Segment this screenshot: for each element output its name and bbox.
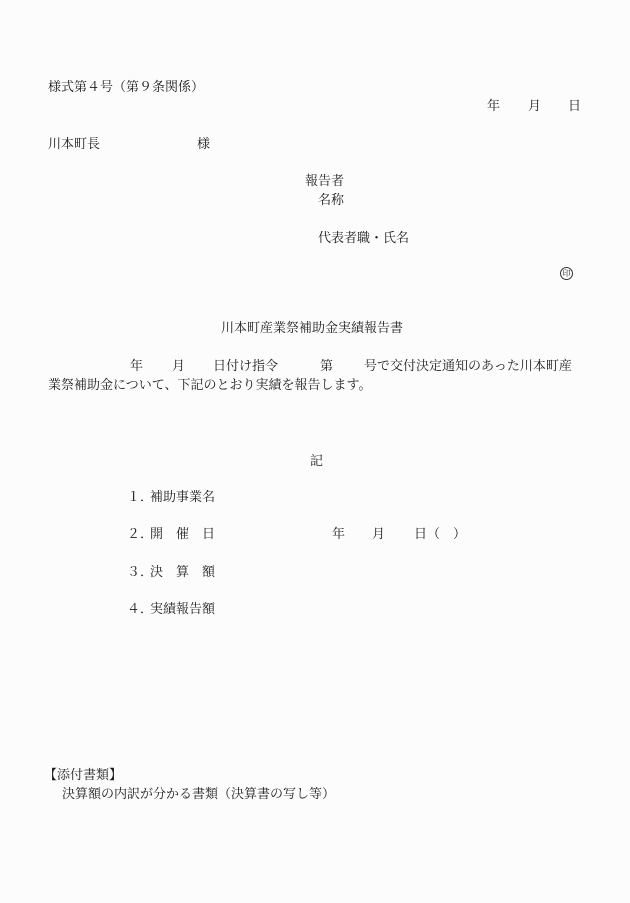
date-day-label: 日 (568, 100, 581, 113)
body-year: 年 (130, 360, 143, 373)
body-number-prefix: 第 (320, 360, 333, 373)
body-line2: 業祭補助金について、下記のとおり実績を報告します。 (48, 379, 371, 392)
body-line1-rest: 号で交付決定通知のあった川本町産 (364, 360, 572, 373)
body-day-directive: 日付け指令 (213, 360, 278, 373)
body-month: 月 (172, 360, 185, 373)
event-month-label: 月 (372, 528, 385, 541)
date-year-label: 年 (487, 100, 500, 113)
representative-label: 代表者職・氏名 (318, 232, 409, 245)
event-year-label: 年 (332, 528, 345, 541)
item-label: 実績報告額 (150, 603, 215, 616)
item-label: 補助事業名 (150, 491, 215, 504)
item-label: 決 算 額 (150, 566, 215, 579)
item-label: 開 催 日 (150, 528, 215, 541)
addressee-name: 川本町長 (48, 138, 100, 151)
addressee-honorific: 様 (197, 138, 210, 151)
reporter-name-label: 名称 (318, 194, 344, 207)
document-title: 川本町産業祭補助金実績報告書 (221, 322, 403, 335)
date-month-label: 月 (528, 100, 541, 113)
reporter-label: 報告者 (305, 175, 344, 188)
seal-icon: 印 (560, 267, 573, 280)
form-number: 様式第４号（第９条関係） (48, 81, 204, 94)
attachments-heading: 【添付書類】 (44, 769, 122, 782)
event-day-label: 日（ ） (414, 528, 466, 541)
attachments-item: 決算額の内訳が分かる書類（決算書の写し等） (62, 788, 335, 801)
ki-heading: 記 (310, 455, 323, 468)
